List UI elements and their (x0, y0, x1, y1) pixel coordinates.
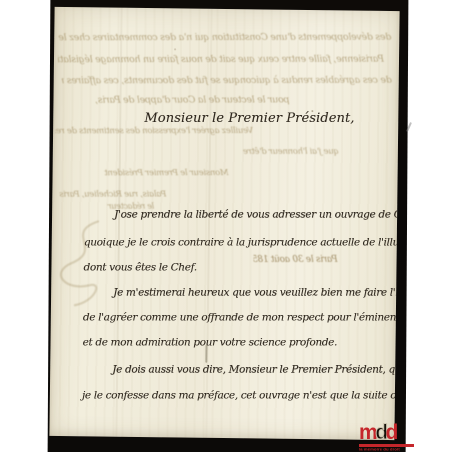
dust-speck (174, 48, 176, 50)
letter-line: J'ose prendre la liberté de vous adresse… (114, 209, 399, 221)
paper-crease (205, 9, 212, 438)
logo-letter-d1: d (375, 421, 385, 444)
letter-line: dont vous êtes le Chef. (84, 261, 197, 273)
letter-line: et de mon admiration pour votre science … (83, 336, 337, 348)
bleedthrough-line: le rédacteur (88, 202, 154, 211)
letter-line: quoique je le crois contraire à la juris… (84, 236, 400, 248)
letter-page: des développements d'une Constitution qu… (49, 7, 399, 440)
bleedthrough-flourish (49, 215, 116, 311)
logo-letter-d2: d (386, 421, 396, 444)
letter-line: Je dois aussi vous dire, Monsieur le Pre… (112, 364, 399, 376)
bleedthrough-line: Monsieur le Premier Président (89, 168, 229, 178)
logo-letter-m: m (359, 421, 375, 444)
photographed-letter-scan: des développements d'une Constitution qu… (0, 0, 452, 452)
paper-crease (115, 8, 122, 437)
bleedthrough-line: de ces agréables rendus à quiconque se f… (62, 75, 392, 87)
dust-speck (311, 110, 313, 112)
bleedthrough-line: Parisienne, faille entre ceux que sait d… (58, 54, 384, 66)
bleedthrough-date: Paris le 30 août 1852 (254, 255, 338, 265)
letter-line: Je m'estimerai heureux que vous veuillez… (113, 287, 399, 299)
bleedthrough-line: Veuillez agréer l'expression des sentime… (55, 126, 253, 136)
mdd-logo-letters: mdd (359, 422, 396, 443)
bleedthrough-line: des développements d'une Constitution qu… (58, 32, 391, 44)
bleedthrough-line: que j'ai l'honneur d'être (241, 147, 339, 157)
salutation-line: Monsieur le Premier Président, (144, 111, 354, 126)
bleedthrough-line: pour le lecteur de la Cour d'appel de Pa… (93, 94, 289, 105)
fold-mark (205, 345, 207, 363)
letter-line: de l'agréer comme une offrande de mon re… (83, 311, 400, 323)
bleedthrough-line: Palais, rue Richelieu, Paris (54, 190, 166, 200)
mdd-watermark: mdd la mémoire du droit (357, 425, 419, 452)
dust-speck (370, 391, 372, 393)
logo-caption: la mémoire du droit (359, 447, 414, 452)
letter-line: je le confesse dans ma préface, cet ouvr… (82, 389, 400, 401)
